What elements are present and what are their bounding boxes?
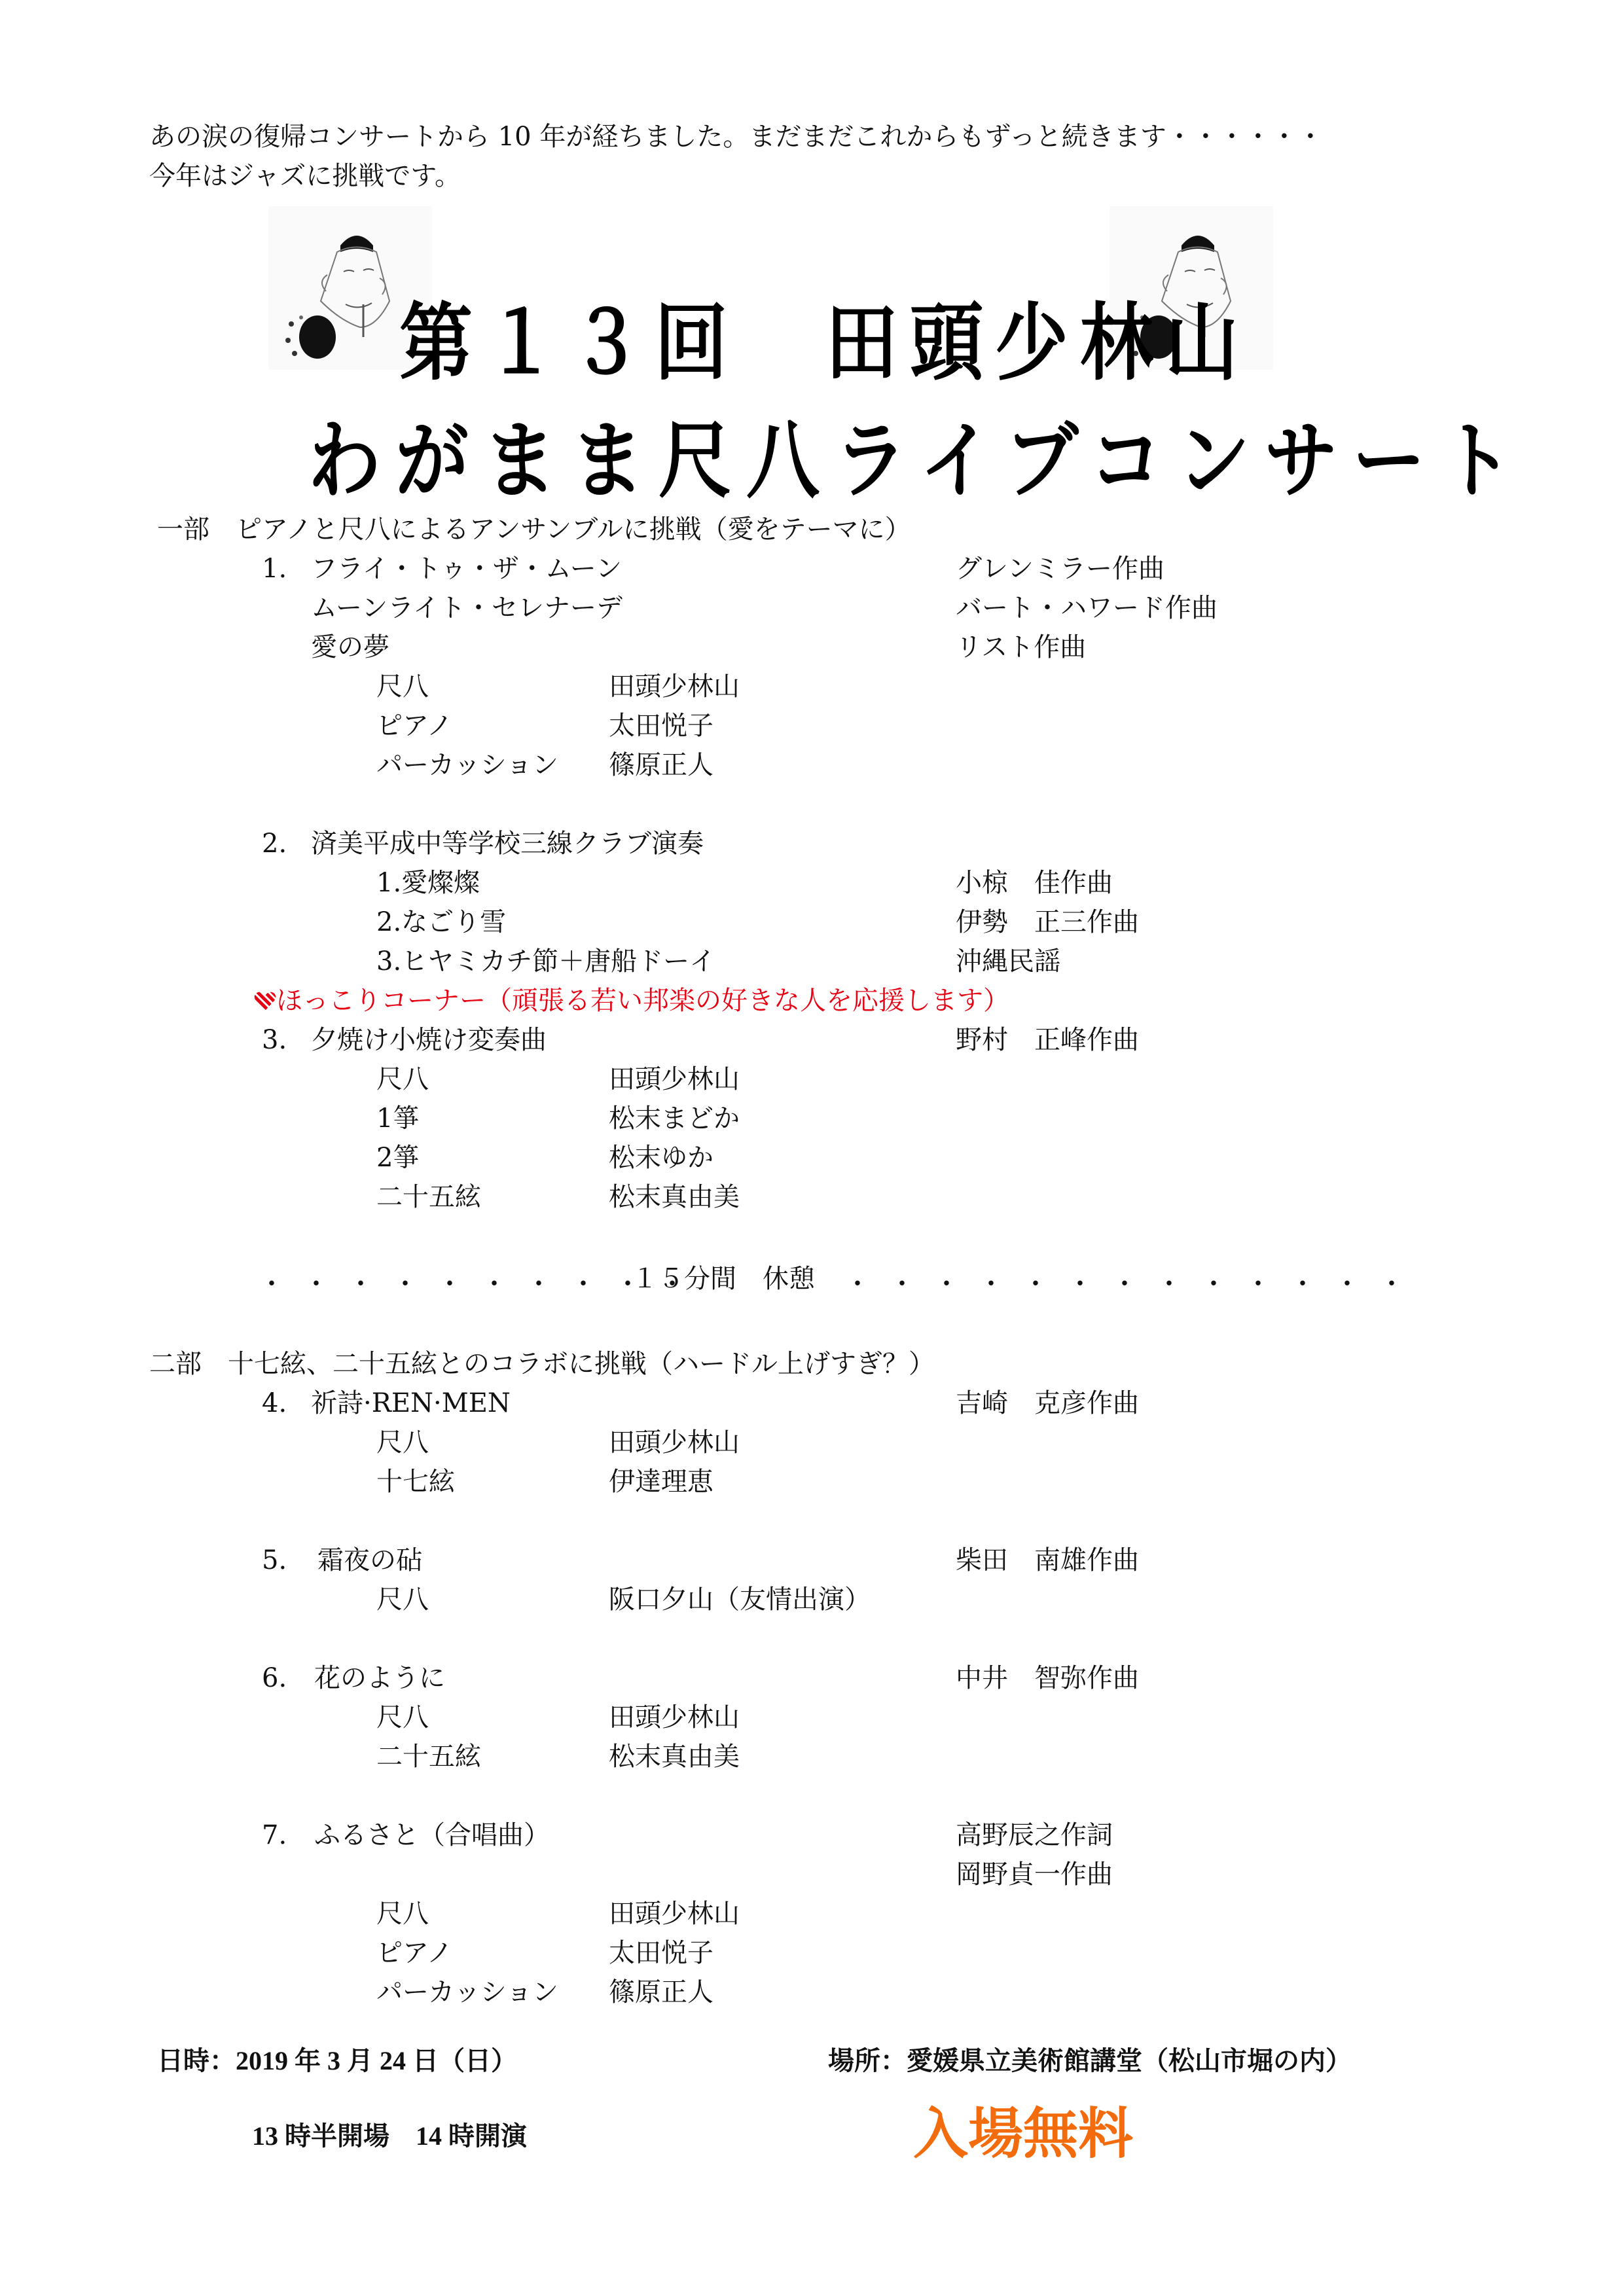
item-number: 3. [262, 1024, 287, 1056]
intermission-dots-right: ・・・・・・・・・・・・・ [844, 1263, 1423, 1300]
piece-title: 愛の夢 [311, 632, 389, 663]
piece-composer: 沖縄民謡 [956, 946, 1060, 977]
performer-role: パーカッション [376, 1977, 558, 2008]
event-times: 13 時半開場 14 時開演 [252, 2121, 527, 2152]
performer-role: 二十五絃 [376, 1741, 481, 1772]
item-title: ふるさと（合唱曲） [314, 1820, 550, 1851]
item-composer: 中井 智弥作曲 [956, 1662, 1139, 1694]
performer-name: 田頭少林山 [609, 1702, 740, 1733]
performer-name: 太田悦子 [609, 1937, 713, 1969]
event-date: 日時：2019 年 3 月 24 日（日） [157, 2045, 517, 2077]
item-lyricist: 高野辰之作詞 [956, 1820, 1113, 1851]
piece-title: ムーンライト・セレナーデ [311, 592, 623, 624]
concert-title-line-1: 第１３回 田頭少林山 [399, 295, 1250, 393]
item-number: 2. [262, 828, 287, 859]
item-composer: 柴田 南雄作曲 [956, 1545, 1139, 1576]
item-title: 霜夜の砧 [317, 1545, 422, 1576]
item-number: 7. [262, 1820, 287, 1851]
piece-title: フライ・トゥ・ザ・ムーン [311, 553, 622, 584]
piece-title: 2.なごり雪 [376, 906, 506, 938]
piece-composer: 伊勢 正三作曲 [956, 906, 1139, 938]
piece-composer: 小椋 佳作曲 [956, 867, 1113, 899]
item-composer: 野村 正峰作曲 [956, 1024, 1139, 1056]
item-title: 夕焼け小焼け変奏曲 [311, 1024, 547, 1056]
performer-role: ピアノ [376, 1937, 453, 1969]
performer-name: 伊達理恵 [609, 1466, 713, 1498]
performer-role: 二十五絃 [376, 1181, 481, 1213]
item-title: 祈詩·REN·MEN [311, 1388, 511, 1419]
performer-role: 尺八 [376, 671, 429, 702]
performer-name: 田頭少林山 [609, 1898, 740, 1929]
item-title: 花のように [314, 1662, 445, 1694]
performer-role: 尺八 [376, 1702, 429, 1733]
piece-composer: バート・ハワード作曲 [956, 592, 1218, 624]
piece-composer: リスト作曲 [956, 632, 1086, 663]
performer-role: 尺八 [376, 1427, 429, 1458]
performer-name: 松末ゆか [609, 1142, 713, 1174]
performer-role: 2箏 [376, 1142, 419, 1174]
performer-name: 松末真由美 [609, 1741, 740, 1772]
performer-role: 十七絃 [376, 1466, 455, 1498]
performer-role: 1箏 [376, 1103, 419, 1134]
performer-name: 太田悦子 [609, 710, 713, 742]
piece-title: 1.愛燦燦 [376, 867, 480, 899]
performer-name: 田頭少林山 [609, 671, 740, 702]
performer-name: 篠原正人 [609, 749, 713, 781]
hokkori-corner-text: ほっこりコーナー（頑張る若い邦楽の好きな人を応援します） [276, 986, 1009, 1016]
intermission-text: １５分間 休憩 [632, 1263, 815, 1295]
performer-role: 尺八 [376, 1584, 429, 1615]
item-composer: 吉崎 克彦作曲 [956, 1388, 1139, 1419]
performer-name: 松末真由美 [609, 1181, 740, 1213]
piece-title: 3.ヒヤミカチ節＋唐船ドーイ [376, 946, 715, 977]
performer-name: 松末まどか [609, 1103, 740, 1134]
item-number: 5. [262, 1545, 287, 1576]
event-venue: 場所：愛媛県立美術館講堂（松山市堀の内） [828, 2045, 1352, 2077]
performer-role: パーカッション [376, 749, 558, 781]
performer-role: 尺八 [376, 1898, 429, 1929]
piece-composer: グレンミラー作曲 [956, 553, 1164, 584]
part1-heading: 一部 ピアノと尺八によるアンサンブルに挑戦（愛をテーマに） [157, 514, 911, 545]
concert-title-line-2: わがまま尺八ライブコンサート [308, 412, 1528, 511]
heart-icon [254, 991, 276, 1012]
item-number: 1. [262, 553, 287, 584]
item-number: 6. [262, 1662, 287, 1694]
performer-name: 田頭少林山 [609, 1064, 740, 1095]
item-number: 4. [262, 1388, 287, 1419]
performer-role: 尺八 [376, 1064, 429, 1095]
performer-name: 篠原正人 [609, 1977, 713, 2008]
performer-name: 阪口夕山（友情出演） [609, 1584, 871, 1615]
performer-role: ピアノ [376, 710, 453, 742]
hokkori-corner: ほっこりコーナー（頑張る若い邦楽の好きな人を応援します） [254, 985, 1009, 1016]
part2-heading: 二部 十七絃、二十五絃とのコラボに挑戦（ハードル上げすぎ？） [149, 1348, 935, 1380]
admission-free: 入場無料 [913, 2101, 1133, 2166]
item-title: 済美平成中等学校三線クラブ演奏 [311, 828, 704, 859]
item-composer: 岡野貞一作曲 [956, 1859, 1113, 1890]
performer-name: 田頭少林山 [609, 1427, 740, 1458]
intro-line-2: 今年はジャズに挑戦です。 [149, 160, 461, 192]
intro-line-1: あの涙の復帰コンサートから 10 年が経ちました。まだまだこれからもずっと続きま… [149, 121, 1324, 152]
